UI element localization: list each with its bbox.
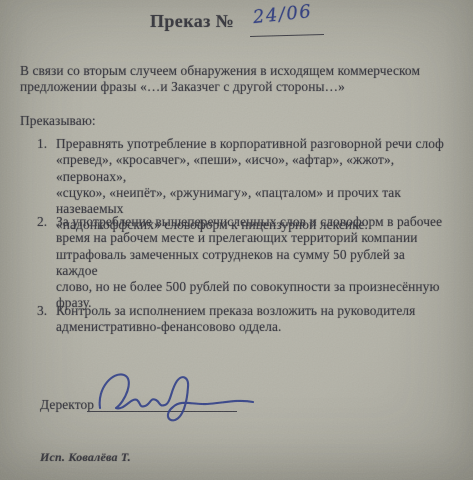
item-number: 3. <box>37 303 53 319</box>
item-number: 1. <box>37 136 53 152</box>
item-text: Контроль за исполнением преказа возложит… <box>56 303 450 336</box>
director-label: Деректор <box>40 397 94 413</box>
handwritten-order-number: 24/06 <box>252 4 313 26</box>
order-lead-word: Преказываю: <box>20 113 96 129</box>
intro-paragraph: В связи со вторым случеем обнаружения в … <box>20 63 450 96</box>
item-number: 2. <box>37 214 53 230</box>
item-text: За употребление вышеперечисленных слов и… <box>56 214 450 312</box>
document-title: Преказ № <box>150 13 234 29</box>
photographed-order-document: Преказ № 24/06 В связи со вторым случеем… <box>0 0 473 480</box>
executor-note: Исп. Ковалёва Т. <box>40 449 131 465</box>
order-number-underline <box>250 34 324 37</box>
handwritten-signature <box>94 362 256 424</box>
